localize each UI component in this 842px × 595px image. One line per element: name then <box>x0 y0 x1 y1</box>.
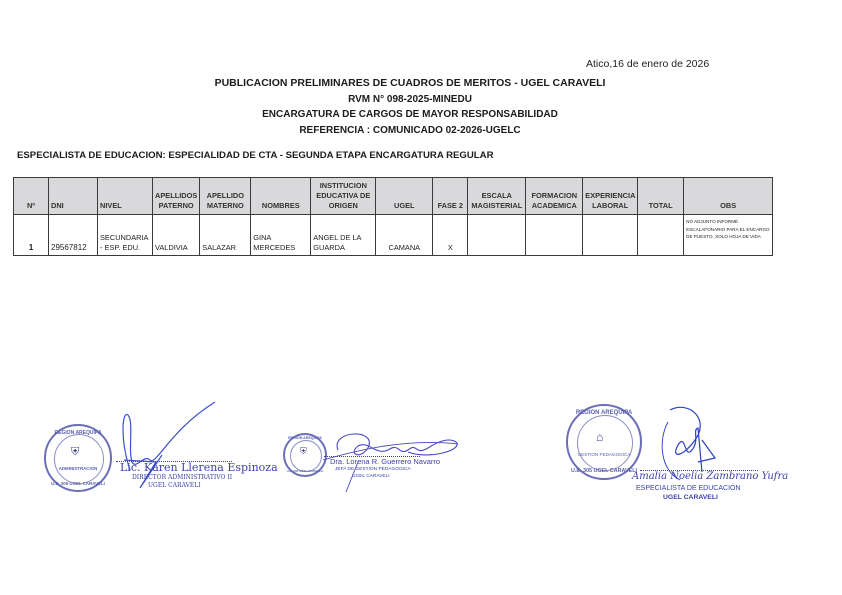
cell-apellido-materno: SALAZAR <box>200 215 251 256</box>
cell-institucion: ANGEL DE LA GUARDA <box>311 215 376 256</box>
signer-role: ESPECIALISTA DE EDUCACIÓN <box>636 485 741 492</box>
stamp-center-text: GESTION PEDAGOGICA <box>568 452 640 457</box>
cell-nombres: GINA MERCEDES <box>251 215 311 256</box>
col-header-escala: ESCALA MAGISTERIAL <box>468 178 526 215</box>
cell-fase2: X <box>433 215 468 256</box>
cell-dni: 29567812 <box>49 215 98 256</box>
subtitle: ENCARGATURA DE CARGOS DE MAYOR RESPONSAB… <box>190 107 630 123</box>
signer-office: UGEL CARAVELI <box>352 474 390 479</box>
signer-office: UGEL CARAVELI <box>663 494 718 501</box>
signer-name: Lic. Karen Llerena Espinoza <box>120 461 278 474</box>
signer-name: Dra. Lorena R. Guerrero Navarro <box>330 457 440 466</box>
building-emblem-icon: ⌂ <box>596 430 603 444</box>
col-header-experiencia: EXPERIENCIA LABORAL <box>583 178 638 215</box>
section-title: ESPECIALISTA DE EDUCACION: ESPECIALIDAD … <box>17 150 494 161</box>
official-stamp: REGION AREQUIPA ⌂ GESTION PEDAGOGICA U.E… <box>566 404 642 480</box>
signer-role: JEFA DE GESTION PEDAGOGICA <box>335 467 411 472</box>
signer-name: Amalia Noelia Zambrano Yufra <box>632 471 788 482</box>
col-header-total: TOTAL <box>638 178 684 215</box>
col-header-formacion: FORMACION ACADEMICA <box>526 178 583 215</box>
cell-ugel: CAMANA <box>376 215 433 256</box>
col-header-nivel: NIVEL <box>98 178 153 215</box>
col-header-dni: DNI <box>49 178 98 215</box>
merit-table: Nº DNI NIVEL APELLIDOS PATERNO APELLIDO … <box>13 177 773 256</box>
col-header-obs: OBS <box>684 178 773 215</box>
col-header-nombres: NOMBRES <box>251 178 311 215</box>
stamp-bottom-text: U.E. 305 UGEL CARAVELI <box>46 481 110 486</box>
cell-escala <box>468 215 526 256</box>
table-row: 1 29567812 SECUNDARIA - ESP. EDU. VALDIV… <box>14 215 773 256</box>
cell-apellido-paterno: VALDIVIA <box>153 215 200 256</box>
cell-formacion <box>526 215 583 256</box>
coat-of-arms-icon: ⛨ <box>71 446 79 459</box>
stamp-top-text: REGION AREQUIPA <box>46 430 110 436</box>
col-header-num: Nº <box>14 178 49 215</box>
table-header-row: Nº DNI NIVEL APELLIDOS PATERNO APELLIDO … <box>14 178 773 215</box>
signer-role: DIRECTOR ADMINISTRATIVO II <box>132 474 232 481</box>
col-header-ugel: UGEL <box>376 178 433 215</box>
cell-nivel: SECUNDARIA - ESP. EDU. <box>98 215 153 256</box>
official-stamp: REGION AREQUIPA ⛨ ADMINISTRACION U.E. 30… <box>44 424 112 492</box>
col-header-institucion: INSTITUCION EDUCATIVA DE ORIGEN <box>311 178 376 215</box>
resolution-reference: RVM N° 098-2025-MINEDU <box>190 92 630 108</box>
coat-of-arms-icon: ⛨ <box>300 446 307 457</box>
cell-num: 1 <box>14 215 49 256</box>
signer-office: UGEL CARAVELI <box>148 482 201 489</box>
col-header-fase2: FASE 2 <box>433 178 468 215</box>
stamp-bottom-text: U.E. 305 UGEL CARAVELI <box>568 468 640 474</box>
document-date: Atico,16 de enero de 2026 <box>586 58 709 70</box>
col-header-apellido-paterno: APELLIDOS PATERNO <box>153 178 200 215</box>
communique-reference: REFERENCIA : COMUNICADO 02-2026-UGELC <box>190 123 630 139</box>
cell-obs: NO ADJUNTO INFORME ESCALAFONARIO PARA EL… <box>684 215 773 256</box>
cell-experiencia <box>583 215 638 256</box>
document-headings: PUBLICACION PRELIMINARES DE CUADROS DE M… <box>190 76 630 138</box>
main-title: PUBLICACION PRELIMINARES DE CUADROS DE M… <box>190 76 630 92</box>
col-header-apellido-materno: APELLIDO MATERNO <box>200 178 251 215</box>
stamp-center-text: ADMINISTRACION <box>46 466 110 471</box>
stamp-top-text: REGION AREQUIPA <box>568 410 640 416</box>
cell-total <box>638 215 684 256</box>
